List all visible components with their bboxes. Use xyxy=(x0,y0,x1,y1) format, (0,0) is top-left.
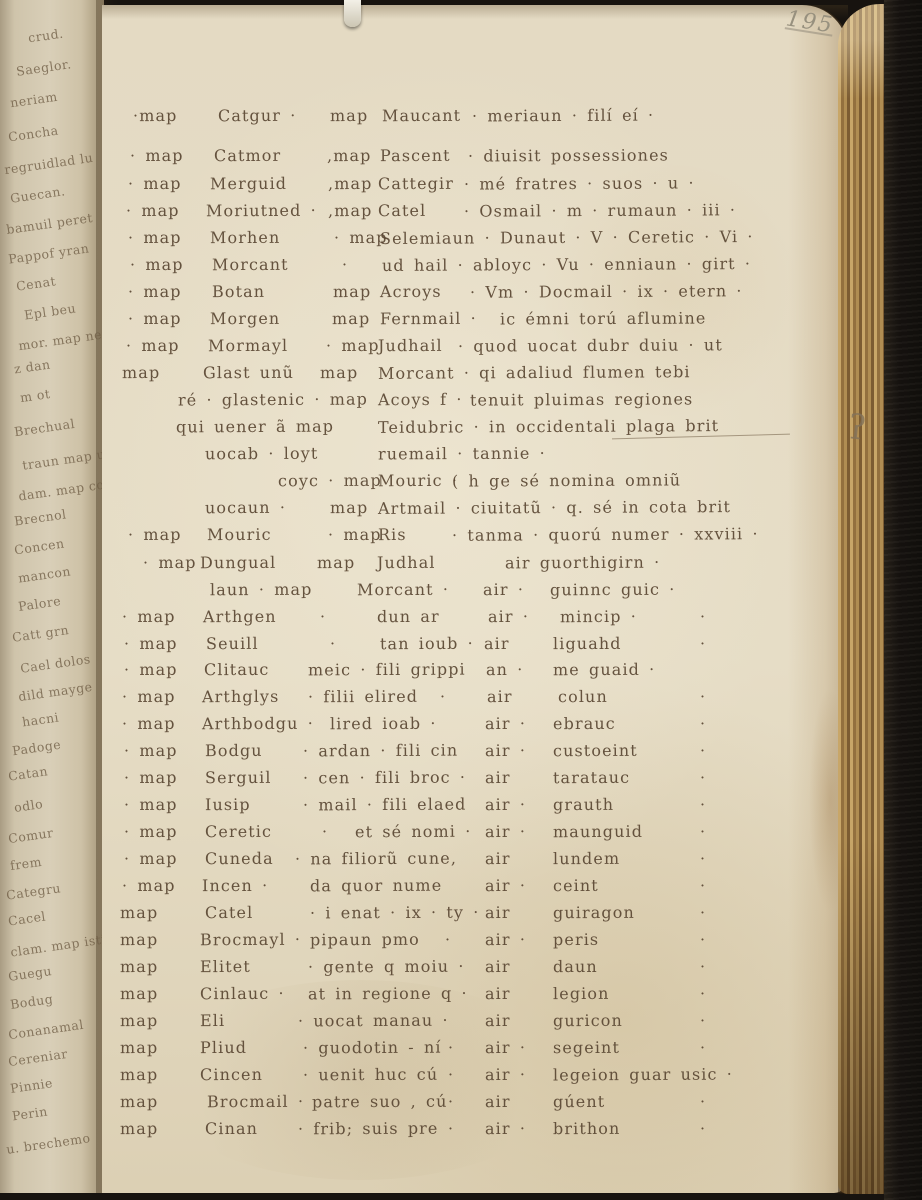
manuscript-text: · xyxy=(445,930,451,949)
manuscript-text: air xyxy=(487,687,513,706)
manuscript-text: · xyxy=(330,634,336,653)
manuscript-text: map xyxy=(317,553,355,572)
manuscript-text: · xyxy=(700,795,706,814)
manuscript-line: · mapCeretic·et sé nomi ·air ·maunguid· xyxy=(0,822,922,846)
manuscript-text: · quod uocat dubr duiu · ut xyxy=(458,335,723,355)
manuscript-text: Morhen xyxy=(210,228,280,247)
manuscript-line: · mapSerguil· cen · fili broc ·airtarata… xyxy=(0,768,922,792)
manuscript-text: air · xyxy=(485,1038,526,1057)
manuscript-text: · xyxy=(700,957,706,976)
manuscript-text: · i enat · ix · ty · xyxy=(310,903,480,923)
manuscript-text: air xyxy=(485,984,511,1003)
manuscript-text: · guodotin - ní xyxy=(303,1038,442,1058)
manuscript-text: Pascent xyxy=(380,146,451,165)
manuscript-text: air xyxy=(485,768,511,787)
manuscript-line: · mapCatmor,mapPascent· diuisit possessi… xyxy=(0,146,922,170)
manuscript-line: uocaun ·mapArtmail · ciuitatũ · q. sé in… xyxy=(0,498,922,522)
manuscript-text: Cincen xyxy=(200,1065,263,1084)
manuscript-text: air xyxy=(485,1092,511,1111)
manuscript-text: · Osmail · m · rumaun · iii · xyxy=(464,200,736,220)
manuscript-text: grauth xyxy=(553,795,614,814)
manuscript-text: me guaid · xyxy=(553,660,655,680)
manuscript-line: · mapArthglys· filii elired·aircolun· xyxy=(0,687,922,711)
manuscript-text: map xyxy=(120,1119,158,1138)
manuscript-text: custoeint xyxy=(553,741,638,760)
manuscript-text: taratauc xyxy=(553,768,630,787)
manuscript-text: Moriutned · xyxy=(206,201,317,221)
manuscript-text: map xyxy=(120,957,158,976)
manuscript-text: Clitauc xyxy=(204,660,270,679)
manuscript-text: map xyxy=(332,309,370,328)
manuscript-text: maunguid xyxy=(553,822,643,841)
manuscript-text: Brocmail · xyxy=(207,1092,304,1112)
manuscript-text: · map xyxy=(128,228,182,247)
manuscript-text: · map xyxy=(124,660,178,679)
manuscript-text: ceint xyxy=(553,876,599,895)
manuscript-text: · xyxy=(700,1011,706,1030)
manuscript-line: mapCinan· frib; suis pre·air ·brithon· xyxy=(0,1119,922,1143)
manuscript-text: · map xyxy=(128,309,182,328)
manuscript-text: · xyxy=(448,1038,454,1057)
manuscript-text: · map xyxy=(143,553,197,572)
manuscript-line: · mapBotanmapAcroys· Vm · Docmail · ix ·… xyxy=(0,282,922,306)
manuscript-line: · mapArthgen·dun arair ·mincip ·· xyxy=(0,607,922,631)
manuscript-text: · meriaun · filí eí · xyxy=(472,106,654,126)
manuscript-line: coyc · mapMouric ·( h ge sé nomina omniũ xyxy=(0,471,922,495)
manuscript-text: map xyxy=(120,1065,158,1084)
manuscript-line: mapCatel· i enat · ix · ty ·airguiragon· xyxy=(0,903,922,927)
manuscript-text: air · xyxy=(485,1119,526,1138)
manuscript-text: et sé nomi · xyxy=(355,822,471,842)
manuscript-text: coyc · map xyxy=(278,471,382,491)
manuscript-text: Judhal xyxy=(377,553,436,572)
manuscript-text: Mouric xyxy=(207,525,272,544)
manuscript-text: Catel xyxy=(205,903,253,922)
manuscript-text: · xyxy=(700,984,706,1003)
manuscript-text: tan ioub · xyxy=(380,634,474,653)
manuscript-text: · map xyxy=(328,525,382,544)
manuscript-text: laun · map xyxy=(210,580,313,600)
manuscript-line: mapBrocmail ·patre suo , cú·airgúent· xyxy=(0,1092,922,1116)
manuscript-text: Elitet xyxy=(200,957,251,976)
manuscript-line: · mapMorhen· mapSelemiaun · Dunaut · V ·… xyxy=(0,228,922,252)
manuscript-text: Cuneda xyxy=(205,849,274,868)
manuscript-text: air · xyxy=(485,1065,526,1084)
manuscript-text: Cinlauc · xyxy=(200,984,285,1003)
manuscript-line: · mapCuneda· na filiorũ cune,airlundem· xyxy=(0,849,922,873)
manuscript-text: uocab · loyt xyxy=(205,444,318,464)
manuscript-text: Selemiaun · Dunaut · V · Ceretic · Vi · xyxy=(380,227,754,248)
manuscript-text: · xyxy=(342,255,348,274)
manuscript-text: · map xyxy=(124,849,178,868)
manuscript-text: · uenit huc cú xyxy=(303,1065,438,1085)
manuscript-line: · mapClitaucmeic · fili grippian ·me gua… xyxy=(0,660,922,684)
manuscript-text: ruemail · tannie · xyxy=(378,444,546,464)
manuscript-text: · xyxy=(448,1119,454,1138)
manuscript-text: · map xyxy=(126,336,180,355)
manuscript-text: · xyxy=(700,1038,706,1057)
manuscript-text: · mail · fili elaed xyxy=(303,795,467,815)
manuscript-text: Merguid xyxy=(210,174,287,193)
manuscript-text: gúent xyxy=(553,1092,605,1111)
manuscript-text: · xyxy=(700,634,706,653)
manuscript-text: Ceretic xyxy=(205,822,272,841)
manuscript-text: Acoys f · xyxy=(378,390,463,409)
manuscript-text: · ardan · fili cin xyxy=(303,741,458,761)
manuscript-text: air · xyxy=(485,741,526,760)
manuscript-text: Catel xyxy=(378,201,426,220)
manuscript-text: · map xyxy=(124,634,178,653)
manuscript-text: liguahd xyxy=(553,634,622,653)
manuscript-text: lired ioab · xyxy=(330,714,437,734)
manuscript-text: Arthglys xyxy=(202,687,279,706)
manuscript-text: air xyxy=(485,903,511,922)
manuscript-line: · mapIncen ·da quor numeair ·ceint· xyxy=(0,876,922,900)
manuscript-text: · xyxy=(320,607,326,626)
manuscript-text: Iusip xyxy=(205,795,251,814)
manuscript-text: at in regione q · xyxy=(308,984,468,1004)
manuscript-line: mapGlast unũmapMorcant · qi adaliud flum… xyxy=(0,363,922,387)
manuscript-text: · map xyxy=(122,876,176,895)
manuscript-text: Catgur · xyxy=(218,106,296,125)
manuscript-text: Catmor xyxy=(214,146,281,165)
manuscript-text: · xyxy=(700,930,706,949)
manuscript-text: ré · glastenic · map xyxy=(178,390,368,410)
manuscript-line: · mapMorgenmapFernmail ·ic émni torú afl… xyxy=(0,309,922,333)
manuscript-text: uocaun · xyxy=(205,498,286,517)
manuscript-text: · map xyxy=(122,714,176,733)
manuscript-text: air · xyxy=(485,714,526,733)
manuscript-line: mapBrocmayl ·pipaun pmo·air ·peris· xyxy=(0,930,922,954)
manuscript-text: · diuisit possessiones xyxy=(468,145,669,165)
manuscript-text: Cattegir xyxy=(378,174,454,193)
manuscript-text: map xyxy=(120,1092,158,1111)
manuscript-text: · map xyxy=(124,768,178,787)
manuscript-text: · tanma · quorú numer · xxviii · xyxy=(452,524,759,545)
manuscript-text: qui uener ã map xyxy=(176,417,334,437)
manuscript-text: air · xyxy=(485,930,526,949)
manuscript-photo: crud.Saeglor.neriamConcharegruidlad luGu… xyxy=(0,0,922,1200)
manuscript-line: · mapIusip· mail · fili elaedair ·grauth… xyxy=(0,795,922,819)
manuscript-text: · map xyxy=(124,822,178,841)
manuscript-text: · mé fratres · suos · u · xyxy=(464,173,695,193)
manuscript-text: · Vm · Docmail · ix · etern · xyxy=(470,281,743,301)
manuscript-text: Maucant xyxy=(382,106,461,125)
manuscript-line: · mapMouric· mapRis· tanma · quorú numer… xyxy=(0,525,922,549)
manuscript-text: map xyxy=(120,930,158,949)
manuscript-text: air · xyxy=(488,607,529,626)
manuscript-line: uocab · loytruemail · tannie · xyxy=(0,444,922,468)
manuscript-text: Incen · xyxy=(202,876,268,895)
manuscript-text: ic émni torú aflumine xyxy=(500,308,707,328)
manuscript-line: · mapSeuill·tan ioub ·airliguahd· xyxy=(0,634,922,658)
manuscript-text: map xyxy=(320,363,358,382)
manuscript-text: · xyxy=(700,822,706,841)
manuscript-line: mapPliud· guodotin - ní·air ·segeint· xyxy=(0,1038,922,1062)
manuscript-text: Cinan xyxy=(205,1119,258,1138)
manuscript-text: · map xyxy=(124,795,178,814)
manuscript-text: · na filiorũ cune, xyxy=(295,849,457,869)
manuscript-text: · xyxy=(700,1092,706,1111)
manuscript-text: Morcant xyxy=(212,255,289,274)
manuscript-text: map xyxy=(120,1011,158,1030)
manuscript-line: ·mapCatgur ·mapMaucant· meriaun · filí e… xyxy=(0,106,922,130)
manuscript-text: Serguil xyxy=(205,768,272,787)
manuscript-text: Arthgen xyxy=(203,607,277,626)
manuscript-text: Botan xyxy=(212,282,265,301)
manuscript-text: · map xyxy=(128,525,182,544)
manuscript-text: · xyxy=(700,768,706,787)
manuscript-text: · map xyxy=(130,146,184,165)
manuscript-line: · mapMormayl· mapJudhail· quod uocat dub… xyxy=(0,336,922,360)
manuscript-text: Seuill xyxy=(206,634,259,653)
manuscript-text: air xyxy=(484,634,510,653)
manuscript-text: Teidubric · in occidentali plaga brit xyxy=(378,416,719,437)
manuscript-text: dun ar xyxy=(377,607,440,626)
manuscript-text: colun xyxy=(558,687,608,706)
manuscript-text: ,map xyxy=(328,201,373,220)
manuscript-line: laun · mapMorcant ·air ·guinnc guic · xyxy=(0,580,922,604)
manuscript-line: mapElitet· gente q moiu ·airdaun· xyxy=(0,957,922,981)
manuscript-text: segeint xyxy=(553,1038,620,1057)
manuscript-text: · xyxy=(700,876,706,895)
manuscript-text: Mormayl xyxy=(208,336,288,355)
manuscript-text: ,map xyxy=(328,174,373,193)
manuscript-text: · xyxy=(700,714,706,733)
manuscript-text: lundem xyxy=(553,849,620,868)
manuscript-text: air · xyxy=(485,795,526,814)
manuscript-line: · mapMerguid,mapCattegir· mé fratres · s… xyxy=(0,174,922,198)
manuscript-text: map xyxy=(330,498,368,517)
manuscript-text: air guorthigirn · xyxy=(505,553,660,573)
manuscript-text: · xyxy=(700,849,706,868)
manuscript-text: air · xyxy=(483,580,524,599)
manuscript-text: · xyxy=(700,1119,706,1138)
manuscript-text: Acroys xyxy=(380,282,442,301)
manuscript-text: map xyxy=(333,282,371,301)
manuscript-text: tenuit pluimas regiones xyxy=(470,389,693,409)
manuscript-text: ( h ge sé nomina omniũ xyxy=(452,470,681,490)
manuscript-text: Morgen xyxy=(210,309,280,328)
manuscript-text: guricon xyxy=(553,1011,623,1030)
manuscript-line: · mapMorcant·ud hail · abloyc · Vu · enn… xyxy=(0,255,922,279)
manuscript-line: mapCincen· uenit huc cú·air ·legeion gua… xyxy=(0,1065,922,1089)
manuscript-text: an · xyxy=(486,660,524,679)
manuscript-text: map xyxy=(330,106,368,125)
manuscript-line: mapCinlauc ·at in regione q ·airlegion· xyxy=(0,984,922,1008)
manuscript-text: · map xyxy=(122,607,176,626)
manuscript-line: · mapMoriutned ·,mapCatel· Osmail · m · … xyxy=(0,201,922,225)
manuscript-text: pipaun pmo xyxy=(310,930,420,950)
manuscript-text: Pliud xyxy=(200,1038,247,1057)
manuscript-text: · frib; suis pre xyxy=(298,1119,439,1139)
manuscript-text: Arthbodgu · xyxy=(202,714,314,734)
manuscript-line: · mapBodgu· ardan · fili cinair ·custoei… xyxy=(0,741,922,765)
manuscript-text: · map xyxy=(128,282,182,301)
manuscript-text: Fernmail · xyxy=(380,309,477,329)
manuscript-line: mapEli· uocat manau ·airguricon· xyxy=(0,1011,922,1035)
manuscript-line: qui uener ã mapTeidubric · in occidental… xyxy=(0,417,922,441)
manuscript-text: Morcant · qi adaliud flumen tebi xyxy=(378,362,691,383)
manuscript-text: · cen · fili broc · xyxy=(303,768,466,788)
manuscript-text: guinnc guic · xyxy=(550,580,676,600)
manuscript-text: map xyxy=(120,984,158,1003)
manuscript-text: meic · fili grippi xyxy=(308,660,466,680)
manuscript-text: map xyxy=(120,903,158,922)
manuscript-text: · map xyxy=(326,336,380,355)
manuscript-text: · map xyxy=(126,201,180,220)
manuscript-text: ebrauc xyxy=(553,714,616,733)
manuscript-text: · map xyxy=(130,255,184,274)
manuscript-text: ·map xyxy=(133,106,178,125)
manuscript-text: patre suo , cú xyxy=(312,1092,448,1112)
manuscript-text: Morcant · xyxy=(357,580,449,599)
manuscript-text: Bodgu xyxy=(205,741,263,760)
manuscript-text: peris xyxy=(553,930,599,949)
manuscript-text: · xyxy=(700,741,706,760)
manuscript-text: · map xyxy=(124,741,178,760)
manuscript-text: guiragon xyxy=(553,903,635,922)
manuscript-text: · map xyxy=(128,174,182,193)
manuscript-text: · uocat manau · xyxy=(298,1011,449,1031)
manuscript-text: legeion guar usic · xyxy=(553,1065,733,1085)
manuscript-text: Dungual xyxy=(200,553,276,572)
manuscript-text: · xyxy=(700,607,706,626)
manuscript-text: Glast unũ xyxy=(203,363,294,382)
manuscript-text: air xyxy=(485,957,511,976)
manuscript-text: · xyxy=(700,903,706,922)
manuscript-text: air xyxy=(485,1011,511,1030)
text-block: ·mapCatgur ·mapMaucant· meriaun · filí e… xyxy=(0,0,922,1200)
manuscript-text: · map xyxy=(122,687,176,706)
manuscript-text: air xyxy=(485,849,511,868)
manuscript-text: air · xyxy=(485,822,526,841)
manuscript-text: da quor nume xyxy=(310,876,442,896)
manuscript-text: map xyxy=(122,363,160,382)
manuscript-text: Eli xyxy=(200,1011,225,1030)
manuscript-text: · xyxy=(448,1065,454,1084)
manuscript-text: · xyxy=(700,687,706,706)
manuscript-text: Mouric · xyxy=(378,471,458,490)
manuscript-text: · xyxy=(322,822,328,841)
manuscript-text: Ris xyxy=(378,525,407,544)
manuscript-text: Judhail xyxy=(378,336,443,355)
manuscript-text: ,map xyxy=(327,146,372,165)
manuscript-text: · filii elired xyxy=(308,687,418,707)
manuscript-text: daun xyxy=(553,957,598,976)
manuscript-text: · xyxy=(448,1092,454,1111)
manuscript-text: brithon xyxy=(553,1119,620,1138)
manuscript-text: · xyxy=(440,687,446,706)
manuscript-line: · mapDungualmapJudhalair guorthigirn · xyxy=(0,553,922,577)
manuscript-text: Brocmayl · xyxy=(200,930,301,950)
manuscript-text: ud hail · abloyc · Vu · enniaun · girt · xyxy=(382,254,751,275)
manuscript-text: air · xyxy=(485,876,526,895)
manuscript-text: legion xyxy=(553,984,610,1003)
manuscript-text: mincip · xyxy=(560,607,637,626)
manuscript-line: ré · glastenic · mapAcoys f ·tenuit plui… xyxy=(0,390,922,414)
manuscript-line: · mapArthbodgu ·lired ioab ·air ·ebrauc· xyxy=(0,714,922,738)
manuscript-text: · gente q moiu · xyxy=(308,957,465,977)
manuscript-text: Artmail · ciuitatũ · q. sé in cota brit xyxy=(378,497,731,518)
manuscript-text: map xyxy=(120,1038,158,1057)
